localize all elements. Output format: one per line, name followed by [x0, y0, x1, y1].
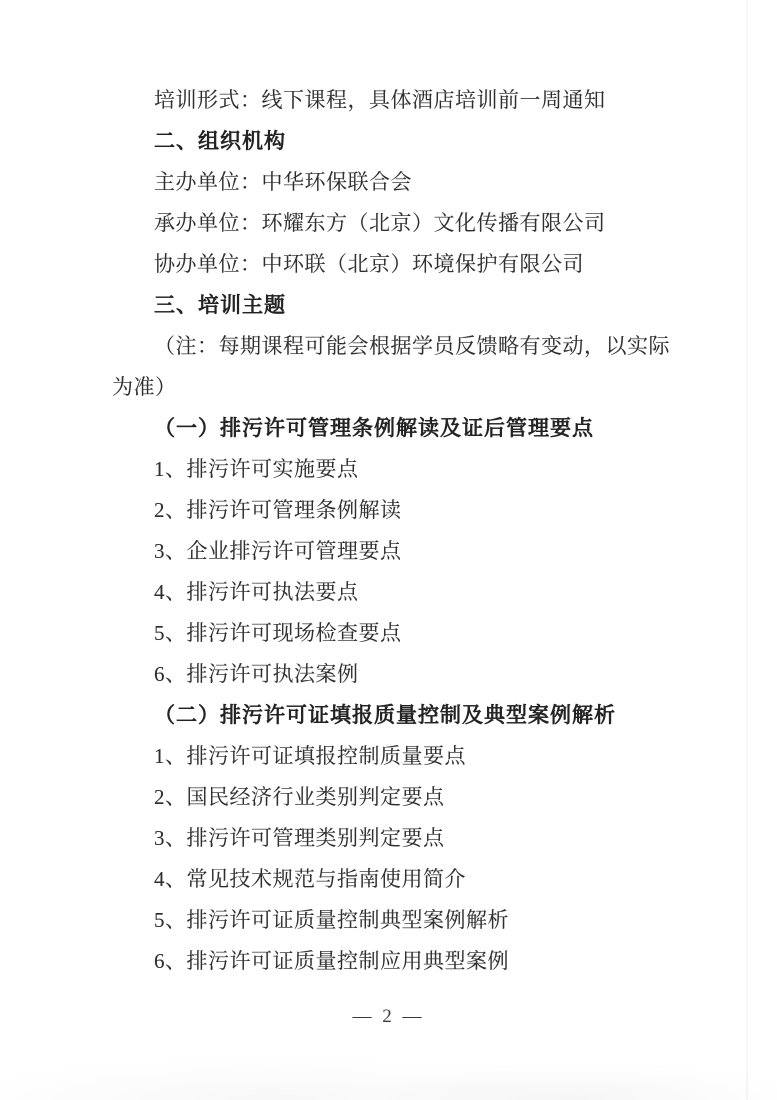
- document-line: 协办单位：中环联（北京）环境保护有限公司: [112, 244, 737, 285]
- page-number: — 2 —: [353, 1006, 425, 1027]
- document-line: 4、排污许可执法要点: [112, 572, 737, 613]
- document-line: 2、国民经济行业类别判定要点: [112, 777, 737, 818]
- document-heading: （一）排污许可管理条例解读及证后管理要点: [112, 408, 737, 449]
- document-line: 培训形式：线下课程，具体酒店培训前一周通知: [112, 80, 737, 121]
- document-line: 5、排污许可证质量控制典型案例解析: [112, 900, 737, 941]
- document-body: 培训形式：线下课程，具体酒店培训前一周通知二、组织机构主办单位：中华环保联合会承…: [112, 80, 737, 982]
- document-line: 1、排污许可证填报控制质量要点: [112, 736, 737, 777]
- document-line: 3、排污许可管理类别判定要点: [112, 818, 737, 859]
- document-line: 1、排污许可实施要点: [112, 449, 737, 490]
- document-line: 2、排污许可管理条例解读: [112, 490, 737, 531]
- document-heading: 三、培训主题: [112, 285, 737, 326]
- document-heading: 二、组织机构: [112, 121, 737, 162]
- document-heading: （二）排污许可证填报质量控制及典型案例解析: [112, 695, 737, 736]
- document-line: 6、排污许可执法案例: [112, 654, 737, 695]
- document-line: 6、排污许可证质量控制应用典型案例: [112, 941, 737, 982]
- document-line: 3、企业排污许可管理要点: [112, 531, 737, 572]
- document-line: 4、常见技术规范与指南使用简介: [112, 859, 737, 900]
- scanned-document-page: 培训形式：线下课程，具体酒店培训前一周通知二、组织机构主办单位：中华环保联合会承…: [0, 0, 777, 1100]
- document-line: 主办单位：中华环保联合会: [112, 162, 737, 203]
- document-line: （注：每期课程可能会根据学员反馈略有变动，以实际: [112, 326, 737, 367]
- page-footer: — 2 —: [0, 1006, 777, 1028]
- document-line: 5、排污许可现场检查要点: [112, 613, 737, 654]
- document-line: 为准）: [112, 367, 737, 408]
- document-line: 承办单位：环耀东方（北京）文化传播有限公司: [112, 203, 737, 244]
